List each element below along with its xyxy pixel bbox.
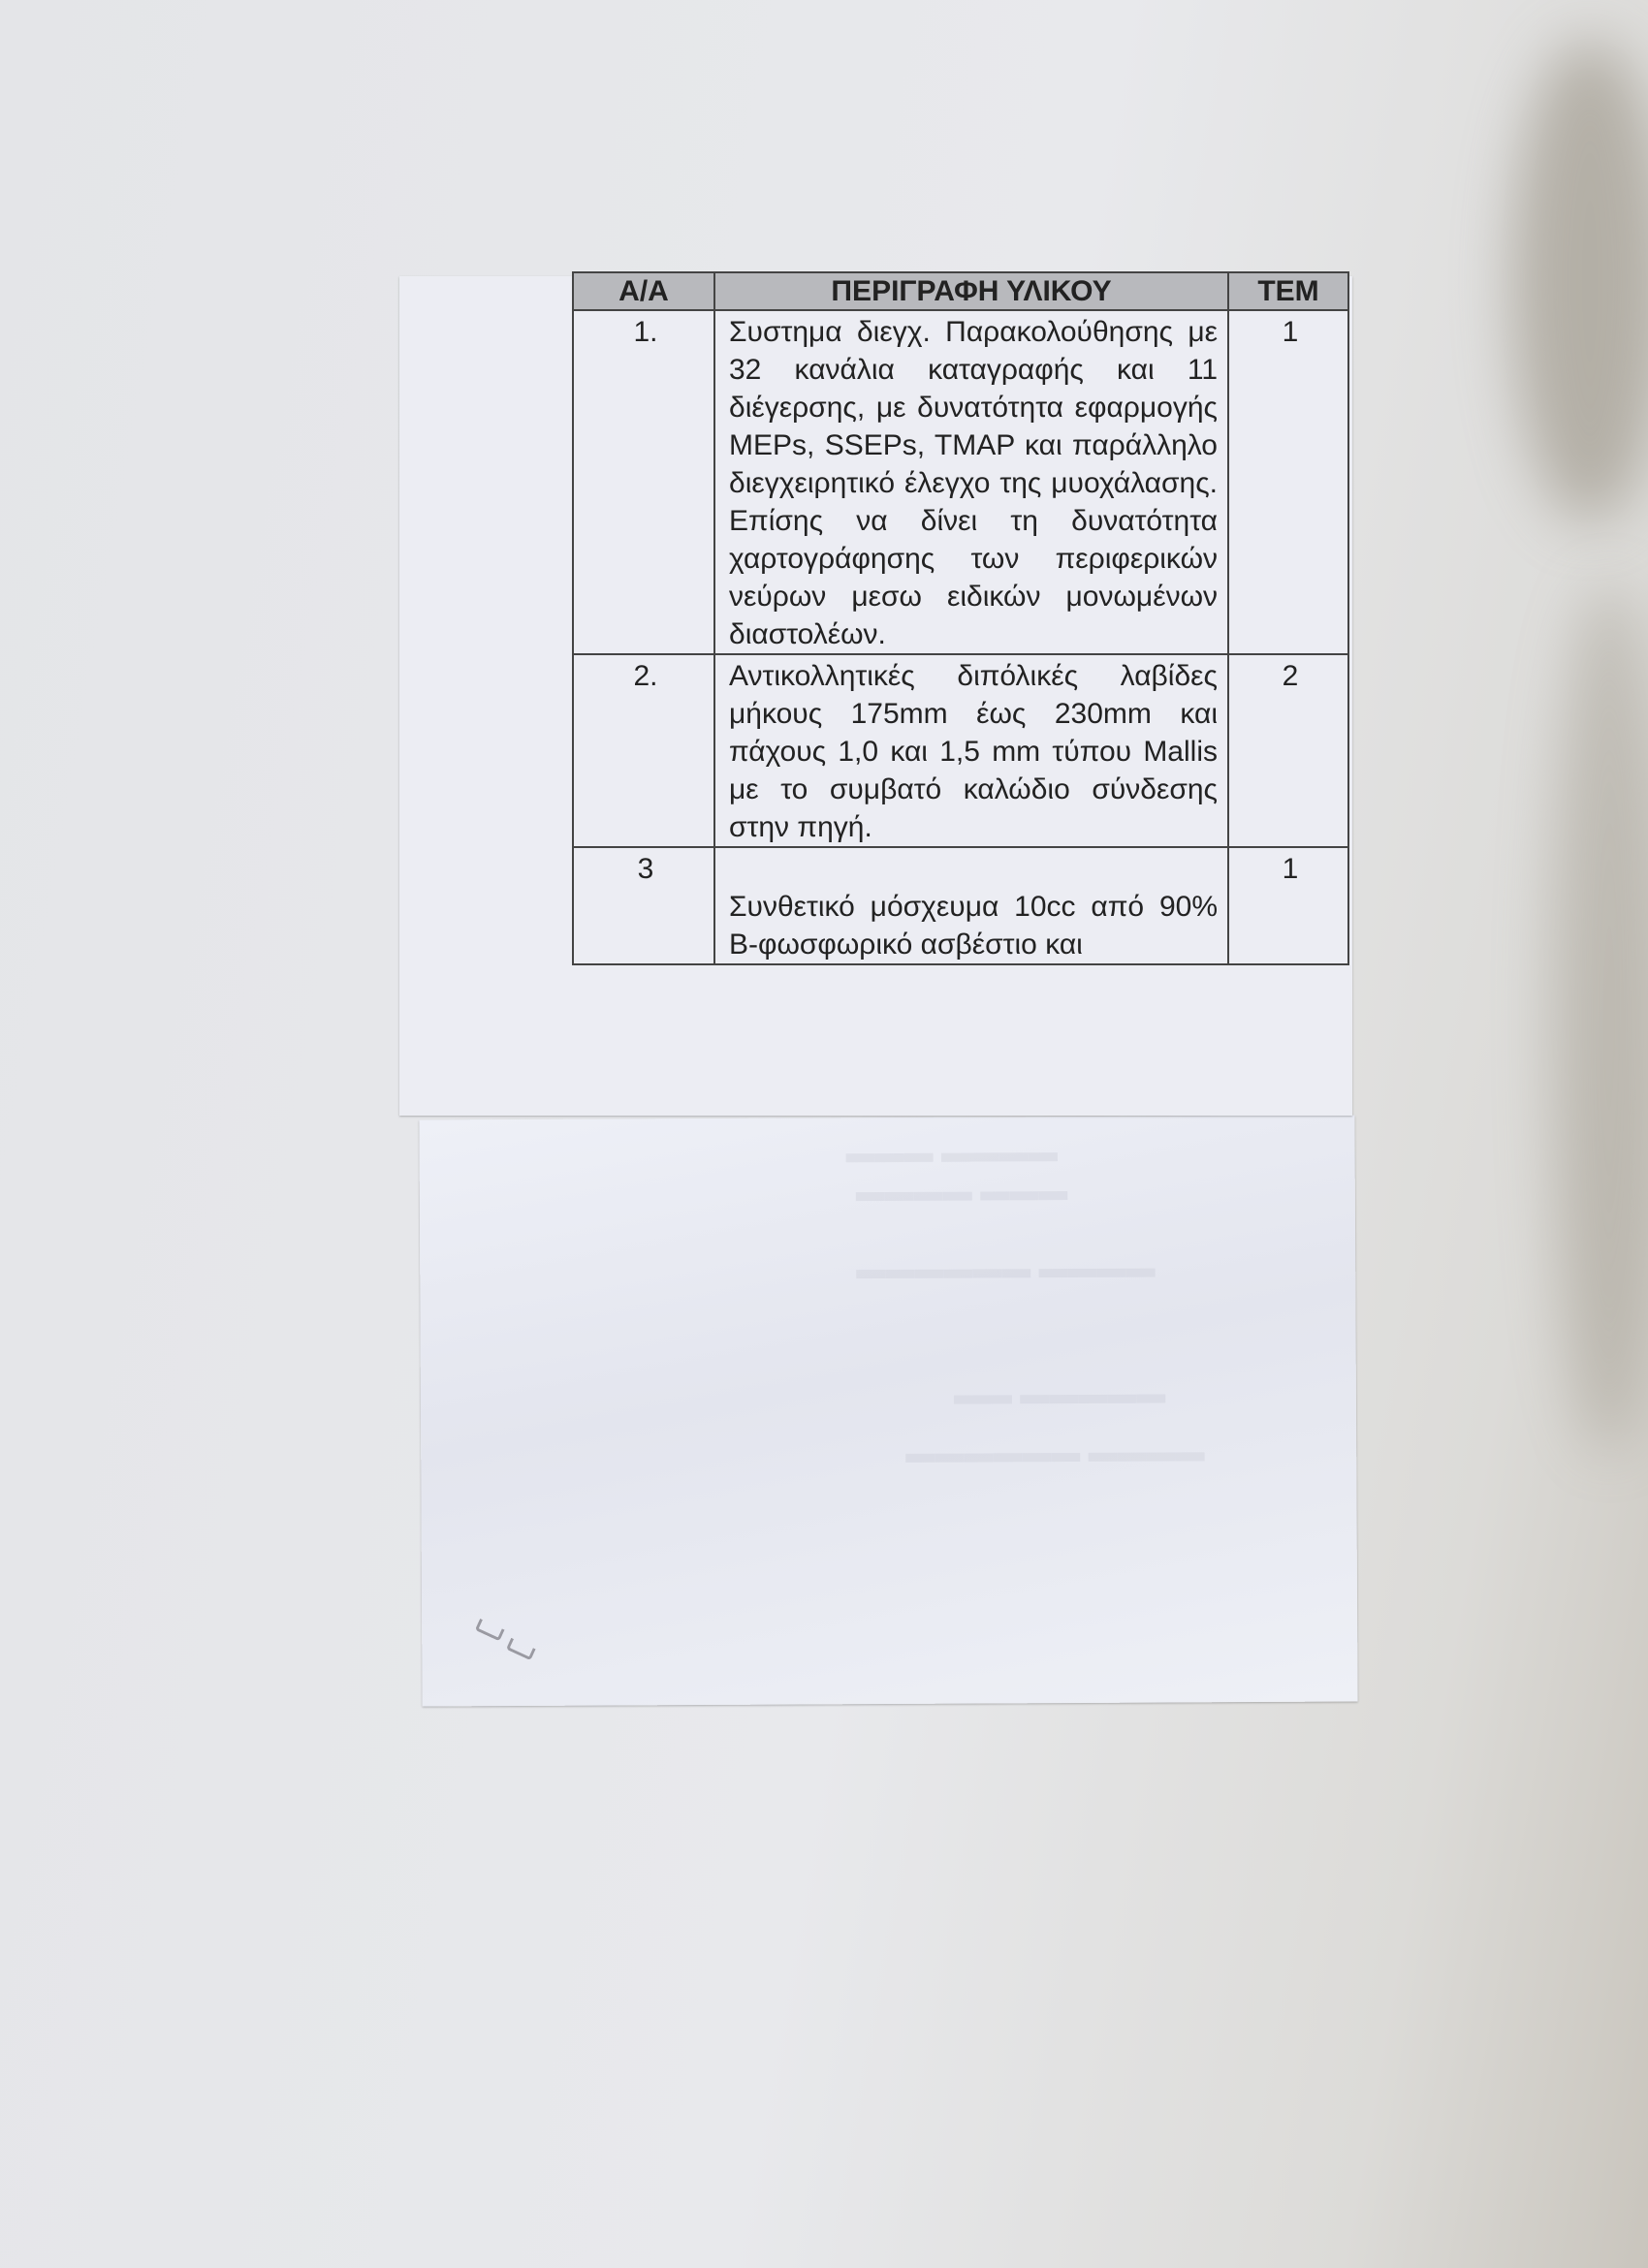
bleed-through-text: ▬▬ ▬▬▬▬▬ [954, 1378, 1166, 1412]
table-row: 2. Αντικολλητικές διπόλικές λαβίδες μήκο… [573, 654, 1348, 847]
row-number: 2. [573, 654, 714, 847]
row-description-cell: Συνθετικό μόσχευμα 10cc από 90% Β-φωσφωρ… [714, 847, 1228, 964]
bleed-through-text: ▬▬▬▬▬▬ ▬▬▬▬ [856, 1252, 1156, 1287]
header-aa: Α/Α [573, 272, 714, 310]
items-table: Α/Α ΠΕΡΙΓΡΑΦΗ ΥΛΙΚΟΥ ΤΕΜ 1. Συστημα διεγ… [572, 271, 1349, 965]
table-row: 3 Συνθετικό μόσχευμα 10cc από 90% Β-φωσφ… [573, 847, 1348, 964]
bleed-through-text: ▬▬▬ ▬▬▬▬ [846, 1136, 1059, 1170]
scan-smudge [1512, 39, 1648, 523]
row-quantity: 1 [1228, 847, 1348, 964]
bleed-through-text: ▬▬▬▬ ▬▬▬ [856, 1175, 1068, 1209]
bleed-through-text: ▬▬▬▬▬▬ ▬▬▬▬ [905, 1435, 1205, 1470]
row-description: Συνθετικό μόσχευμα 10cc από 90% Β-φωσφωρ… [729, 891, 1218, 961]
row-quantity: 1 [1228, 310, 1348, 654]
row-description: Συστημα διεγχ. Παρακολούθησης με 32 κανά… [714, 310, 1228, 654]
table-row: 1. Συστημα διεγχ. Παρακολούθησης με 32 κ… [573, 310, 1348, 654]
table-header-row: Α/Α ΠΕΡΙΓΡΑΦΗ ΥΛΙΚΟΥ ΤΕΜ [573, 272, 1348, 310]
staple [506, 1638, 536, 1661]
folded-paper-bottom: ▬▬▬ ▬▬▬▬ ▬▬▬▬ ▬▬▬ ▬▬▬▬▬▬ ▬▬▬▬ ▬▬ ▬▬▬▬▬ ▬… [419, 1115, 1357, 1706]
staple [475, 1619, 505, 1642]
header-description: ΠΕΡΙΓΡΑΦΗ ΥΛΙΚΟΥ [714, 272, 1228, 310]
row-number: 1. [573, 310, 714, 654]
scan-smudge [1551, 582, 1648, 1454]
row-quantity: 2 [1228, 654, 1348, 847]
header-quantity: ΤΕΜ [1228, 272, 1348, 310]
row-number: 3 [573, 847, 714, 964]
row-description: Αντικολλητικές διπόλικές λαβίδες μήκους … [714, 654, 1228, 847]
